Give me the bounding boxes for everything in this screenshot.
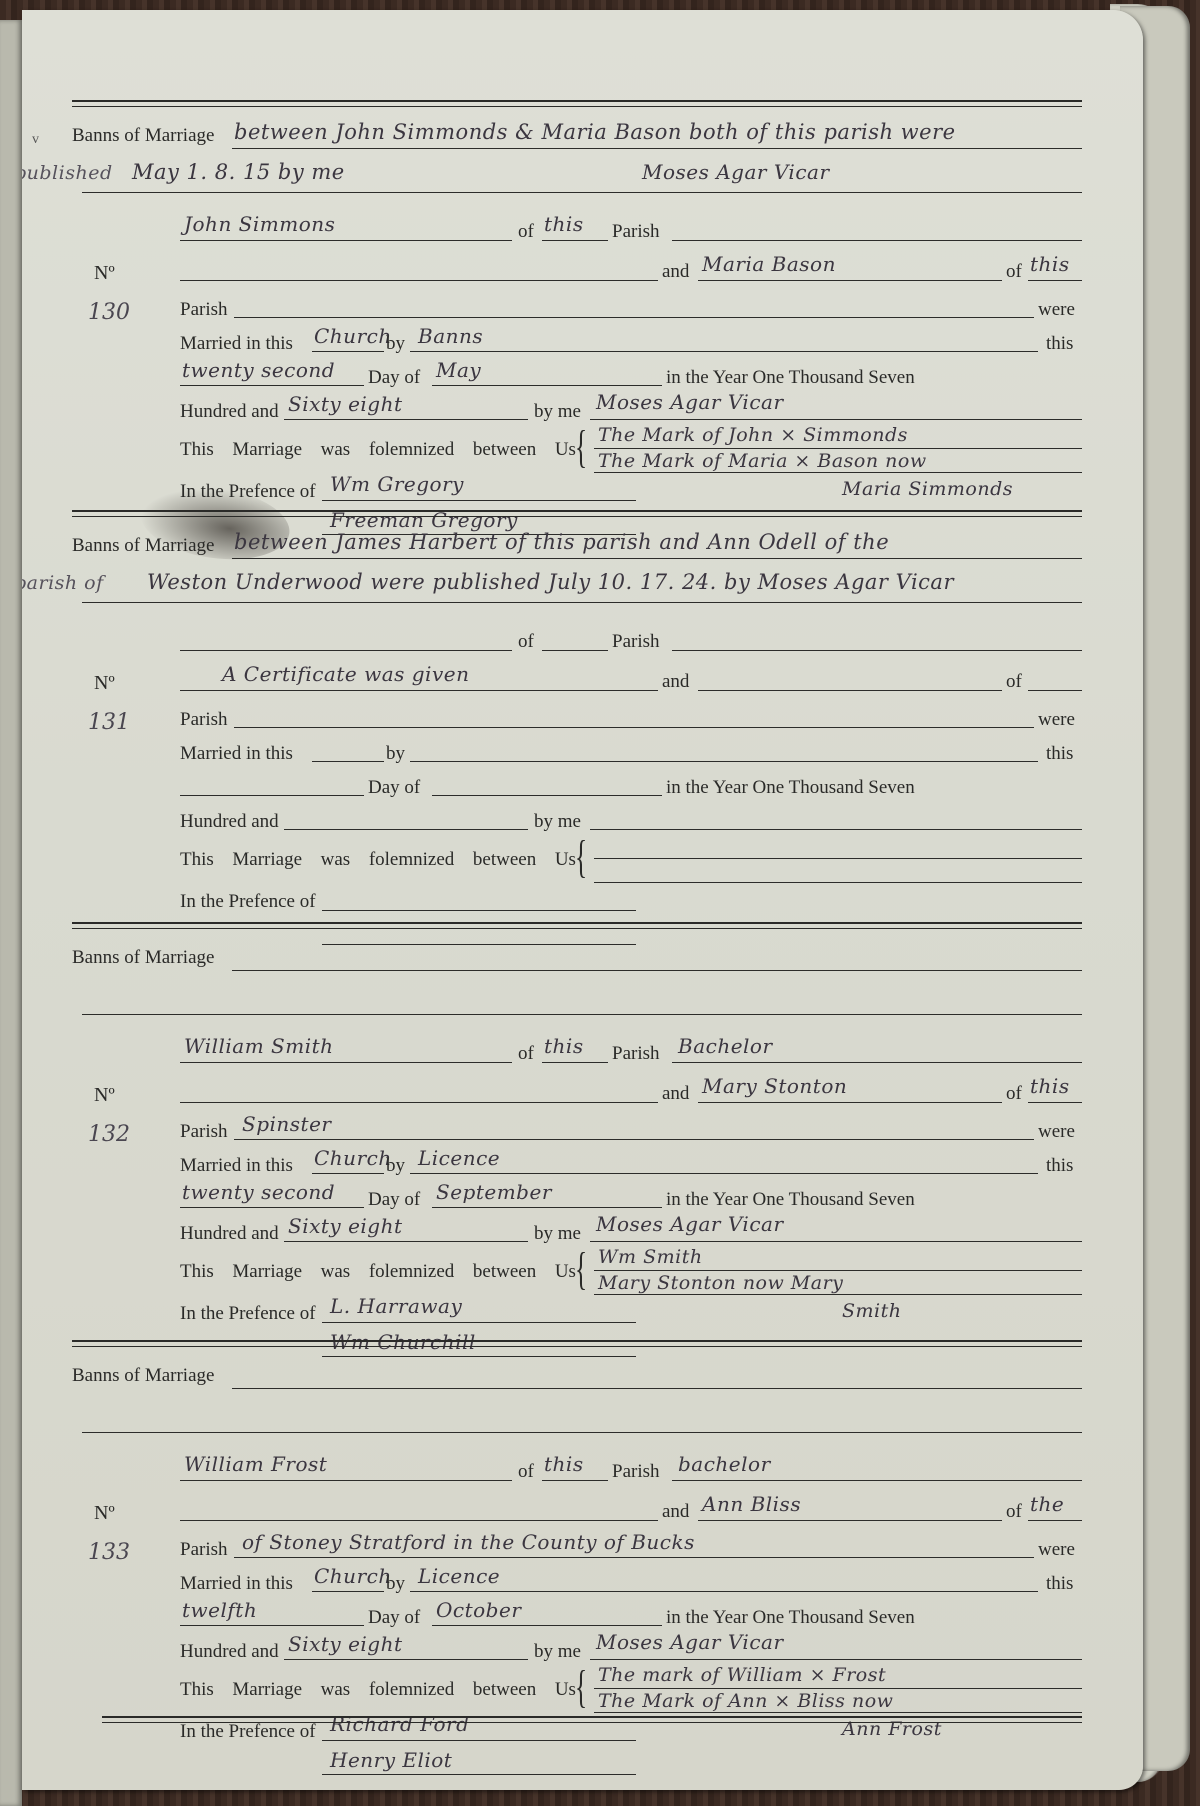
parish-label: Parish <box>612 1044 660 1063</box>
solemnized-label: ThisMarriagewasfolemnizedbetweenUs <box>180 1262 576 1281</box>
witness-1: Wm Gregory <box>330 474 464 494</box>
signature-rule-2 <box>594 1712 1082 1713</box>
bride-parish-rule <box>234 727 1034 728</box>
officiant-rule <box>590 1659 1082 1660</box>
signature-rule-1 <box>594 1688 1082 1689</box>
groom-status-rule <box>672 1062 1082 1063</box>
bride-name: Maria Bason <box>702 254 836 274</box>
bride-of-rule <box>1028 1520 1082 1521</box>
witness-rule-1 <box>322 500 636 501</box>
register-page: v Banns of Marriagebetween John Simmonds… <box>22 10 1143 1790</box>
day-of-label: Day of <box>368 368 420 387</box>
year-rule <box>284 1659 528 1660</box>
method: Licence <box>418 1148 500 1168</box>
groom-name-rule <box>180 240 512 241</box>
banns-label: Banns of Marriage <box>72 1366 214 1385</box>
day-rule <box>180 1207 364 1208</box>
groom-status-rule <box>672 1480 1082 1481</box>
signature-rule-1 <box>594 1270 1082 1271</box>
bride-pre-rule <box>180 280 658 281</box>
parish-label: Parish <box>180 300 228 319</box>
by-label: by <box>386 1574 405 1593</box>
witness-2: Wm Churchill <box>330 1332 476 1352</box>
bride-pre-rule <box>180 690 658 691</box>
signature-rule-2 <box>594 1294 1082 1295</box>
solemnized-word: Us <box>555 1262 576 1281</box>
solemnized-word: Us <box>555 1680 576 1699</box>
witness-1: L. Harraway <box>330 1296 462 1316</box>
banns-text: between John Simmonds & Maria Bason both… <box>234 122 956 143</box>
year: Sixty eight <box>288 1216 403 1236</box>
banns-signature: Moses Agar Vicar <box>642 162 830 182</box>
banns-rule-2 <box>82 1014 1082 1015</box>
witness-2: Henry Eliot <box>330 1750 452 1770</box>
officiant: Moses Agar Vicar <box>596 1214 784 1234</box>
entry-no-label: Nº <box>94 1084 115 1107</box>
bride-parish-rule <box>234 1557 1034 1558</box>
method-rule <box>410 351 1038 352</box>
witness-2: Freeman Gregory <box>330 510 518 530</box>
of-label: of <box>1006 1502 1022 1521</box>
this-label: this <box>1046 1156 1073 1175</box>
officiant-rule <box>590 1241 1082 1242</box>
solemnized-label: ThisMarriagewasfolemnizedbetweenUs <box>180 1680 576 1699</box>
brace: { <box>575 1246 587 1292</box>
banns-text-2: Weston Underwood were published July 10.… <box>147 572 954 593</box>
bride-parish: of Stoney Stratford in the County of Buc… <box>242 1532 695 1552</box>
year: Sixty eight <box>288 394 403 414</box>
year-rule <box>284 1241 528 1242</box>
bride-of-rule <box>1028 690 1082 691</box>
method: Banns <box>418 326 483 346</box>
banns-margin-text: published <box>22 164 113 183</box>
married-in-label: Married in this <box>180 744 293 763</box>
parish-label: Parish <box>180 1122 228 1141</box>
solemnized-word: Marriage <box>232 850 302 869</box>
solemnized-word: This <box>180 1680 214 1699</box>
day: twenty second <box>182 360 335 380</box>
presence-label: In the Prefence of <box>180 892 316 911</box>
witness-rule-1 <box>322 1322 636 1323</box>
section-double-rule <box>72 510 1082 512</box>
section-double-rule <box>72 1340 1082 1342</box>
signature-1: The mark of William × Frost <box>598 1666 886 1685</box>
of-label: of <box>518 1462 534 1481</box>
were-label: were <box>1038 1122 1075 1141</box>
banns-rule-2 <box>82 1432 1082 1433</box>
brace: { <box>575 424 587 470</box>
place-rule <box>312 1173 384 1174</box>
banns-label: Banns of Marriage <box>72 126 214 145</box>
entry-number: 133 <box>88 1540 130 1565</box>
solemnized-word: folemnized <box>369 440 454 459</box>
margin-mark: v <box>32 132 39 148</box>
day-of-label: Day of <box>368 1608 420 1627</box>
bride-pre-rule <box>180 1102 658 1103</box>
by-me-label: by me <box>534 1224 581 1243</box>
bride-name-rule <box>698 1520 1002 1521</box>
groom-name-rule <box>180 650 512 651</box>
banns-label: Banns of Marriage <box>72 536 214 555</box>
day: twenty second <box>182 1182 335 1202</box>
married-in-label: Married in this <box>180 334 293 353</box>
closing-double-rule <box>102 1716 1082 1718</box>
year-rule <box>284 829 528 830</box>
bride-name-rule <box>698 690 1002 691</box>
year-label: in the Year One Thousand Seven <box>666 778 1082 797</box>
bride-name: Ann Bliss <box>702 1494 801 1514</box>
parish-label: Parish <box>180 710 228 729</box>
brace: { <box>575 834 587 880</box>
banns-rule <box>232 148 1082 149</box>
solemnized-word: folemnized <box>369 1680 454 1699</box>
month-rule <box>432 1207 662 1208</box>
presence-label: In the Prefence of <box>180 1304 316 1323</box>
facing-page-edge <box>0 20 22 1806</box>
groom-name: John Simmons <box>184 214 335 234</box>
signature-2: Mary Stonton now Mary <box>598 1274 843 1293</box>
parish-label: Parish <box>612 1462 660 1481</box>
solemnized-word: Marriage <box>232 1262 302 1281</box>
day-rule <box>180 795 364 796</box>
bride-parish: Spinster <box>242 1114 331 1134</box>
by-me-label: by me <box>534 402 581 421</box>
of-label: of <box>518 632 534 651</box>
bride-parish-rule <box>234 1139 1034 1140</box>
day-rule <box>180 385 364 386</box>
solemnized-word: folemnized <box>369 1262 454 1281</box>
method-rule <box>410 761 1038 762</box>
groom-name-rule <box>180 1062 512 1063</box>
banns-rule <box>232 970 1082 971</box>
bride-parish-rule <box>234 317 1034 318</box>
groom-status: bachelor <box>678 1454 771 1474</box>
solemnized-word: Marriage <box>232 1680 302 1699</box>
solemnized-label: ThisMarriagewasfolemnizedbetweenUs <box>180 850 576 869</box>
solemnized-word: was <box>321 1262 351 1281</box>
by-me-label: by me <box>534 812 581 831</box>
section-double-rule <box>72 922 1082 924</box>
year-rule <box>284 419 528 420</box>
this-label: this <box>1046 744 1073 763</box>
month: September <box>436 1182 552 1202</box>
month-rule <box>432 1625 662 1626</box>
hundred-and-label: Hundred and <box>180 402 279 421</box>
entry-no-label: Nº <box>94 262 115 285</box>
by-me-label: by me <box>534 1642 581 1661</box>
hundred-and-label: Hundred and <box>180 812 279 831</box>
bride-name-rule <box>698 280 1002 281</box>
month: May <box>436 360 481 380</box>
of-label: of <box>1006 672 1022 691</box>
year-label: in the Year One Thousand Seven <box>666 368 1082 387</box>
year-label: in the Year One Thousand Seven <box>666 1190 1082 1209</box>
officiant: Moses Agar Vicar <box>596 392 784 412</box>
place-rule <box>312 1591 384 1592</box>
solemnized-word: between <box>473 1680 536 1699</box>
signature-rule-2 <box>594 882 1082 883</box>
signature-extra: Smith <box>842 1302 901 1321</box>
day: twelfth <box>182 1600 257 1620</box>
witness-rule-2 <box>322 1356 636 1357</box>
banns-rule-2 <box>82 192 1082 193</box>
officiant-rule <box>590 419 1082 420</box>
signature-2: The Mark of Maria × Bason now <box>598 452 927 471</box>
groom-of-rule <box>542 650 608 651</box>
bride-of: this <box>1030 254 1070 274</box>
were-label: were <box>1038 710 1075 729</box>
this-label: this <box>1046 334 1073 353</box>
solemnized-word: Marriage <box>232 440 302 459</box>
place-rule <box>312 761 384 762</box>
by-label: by <box>386 744 405 763</box>
solemnized-word: folemnized <box>369 850 454 869</box>
presence-label: In the Prefence of <box>180 1722 316 1741</box>
bride-name-rule <box>698 1102 1002 1103</box>
day-of-label: Day of <box>368 1190 420 1209</box>
signature-2: The Mark of Ann × Bliss now <box>598 1692 893 1711</box>
place: Church <box>314 1566 392 1586</box>
parish-label: Parish <box>612 632 660 651</box>
by-label: by <box>386 334 405 353</box>
solemnized-word: was <box>321 440 351 459</box>
officiant-rule <box>590 829 1082 830</box>
groom-name-rule <box>180 1480 512 1481</box>
place: Church <box>314 326 392 346</box>
married-in-label: Married in this <box>180 1574 293 1593</box>
day-of-label: Day of <box>368 778 420 797</box>
were-label: were <box>1038 1540 1075 1559</box>
day-rule <box>180 1625 364 1626</box>
and-label: and <box>662 1502 689 1521</box>
groom-of: this <box>544 1454 584 1474</box>
bride-of-rule <box>1028 1102 1082 1103</box>
hundred-and-label: Hundred and <box>180 1642 279 1661</box>
parish-label: Parish <box>180 1540 228 1559</box>
solemnized-word: Us <box>555 440 576 459</box>
bride-of: the <box>1030 1494 1064 1514</box>
signature-rule-2 <box>594 472 1082 473</box>
bride-of-rule <box>1028 280 1082 281</box>
groom-of: this <box>544 214 584 234</box>
solemnized-word: between <box>473 440 536 459</box>
and-label: and <box>662 1084 689 1103</box>
signature-rule-1 <box>594 858 1082 859</box>
groom-status-rule <box>672 240 1082 241</box>
parish-label: Parish <box>612 222 660 241</box>
and-label: and <box>662 262 689 281</box>
year: Sixty eight <box>288 1634 403 1654</box>
banns-text-2: May 1. 8. 15 by me <box>132 162 345 183</box>
signature-rule-1 <box>594 448 1082 449</box>
solemnized-word: between <box>473 850 536 869</box>
witness-rule-2 <box>322 944 636 945</box>
method-rule <box>410 1591 1038 1592</box>
solemnized-word: was <box>321 1680 351 1699</box>
month: October <box>436 1600 521 1620</box>
presence-label: In the Prefence of <box>180 482 316 501</box>
solemnized-word: This <box>180 440 214 459</box>
groom-name: William Smith <box>184 1036 334 1056</box>
hundred-and-label: Hundred and <box>180 1224 279 1243</box>
signature-extra: Maria Simmonds <box>842 480 1013 499</box>
bride-of: this <box>1030 1076 1070 1096</box>
banns-rule <box>232 558 1082 559</box>
solemnized-word: This <box>180 1262 214 1281</box>
banns-text: between James Harbert of this parish and… <box>234 532 889 553</box>
witness-rule-1 <box>322 1740 636 1741</box>
of-label: of <box>1006 1084 1022 1103</box>
banns-rule <box>232 1388 1082 1389</box>
and-label: and <box>662 672 689 691</box>
month-rule <box>432 385 662 386</box>
certificate-note: A Certificate was given <box>222 664 469 684</box>
method: Licence <box>418 1566 500 1586</box>
groom-of: this <box>544 1036 584 1056</box>
officiant: Moses Agar Vicar <box>596 1632 784 1652</box>
this-label: this <box>1046 1574 1073 1593</box>
entry-number: 130 <box>88 300 130 325</box>
bride-pre-rule <box>180 1520 658 1521</box>
solemnized-label: ThisMarriagewasfolemnizedbetweenUs <box>180 440 576 459</box>
method-rule <box>410 1173 1038 1174</box>
solemnized-word: was <box>321 850 351 869</box>
solemnized-word: Us <box>555 850 576 869</box>
banns-rule-2 <box>82 602 1082 603</box>
signature-1: Wm Smith <box>598 1248 703 1267</box>
groom-name: William Frost <box>184 1454 327 1474</box>
banns-label: Banns of Marriage <box>72 948 214 967</box>
groom-of-rule <box>542 240 608 241</box>
solemnized-word: This <box>180 850 214 869</box>
of-label: of <box>1006 262 1022 281</box>
were-label: were <box>1038 300 1075 319</box>
place: Church <box>314 1148 392 1168</box>
section-double-rule <box>72 100 1082 102</box>
brace: { <box>575 1664 587 1710</box>
witness-rule-1 <box>322 910 636 911</box>
place-rule <box>312 351 384 352</box>
groom-of-rule <box>542 1062 608 1063</box>
signature-1: The Mark of John × Simmonds <box>598 426 908 445</box>
groom-of-rule <box>542 1480 608 1481</box>
banns-margin-text: parish of <box>22 574 104 593</box>
married-in-label: Married in this <box>180 1156 293 1175</box>
solemnized-word: between <box>473 1262 536 1281</box>
year-label: in the Year One Thousand Seven <box>666 1608 1082 1627</box>
witness-rule-2 <box>322 1774 636 1775</box>
by-label: by <box>386 1156 405 1175</box>
groom-status-rule <box>672 650 1082 651</box>
entry-number: 132 <box>88 1122 130 1147</box>
month-rule <box>432 795 662 796</box>
of-label: of <box>518 1044 534 1063</box>
groom-status: Bachelor <box>678 1036 773 1056</box>
entry-no-label: Nº <box>94 672 115 695</box>
bride-name: Mary Stonton <box>702 1076 847 1096</box>
entry-number: 131 <box>88 710 130 735</box>
of-label: of <box>518 222 534 241</box>
entry-no-label: Nº <box>94 1502 115 1525</box>
